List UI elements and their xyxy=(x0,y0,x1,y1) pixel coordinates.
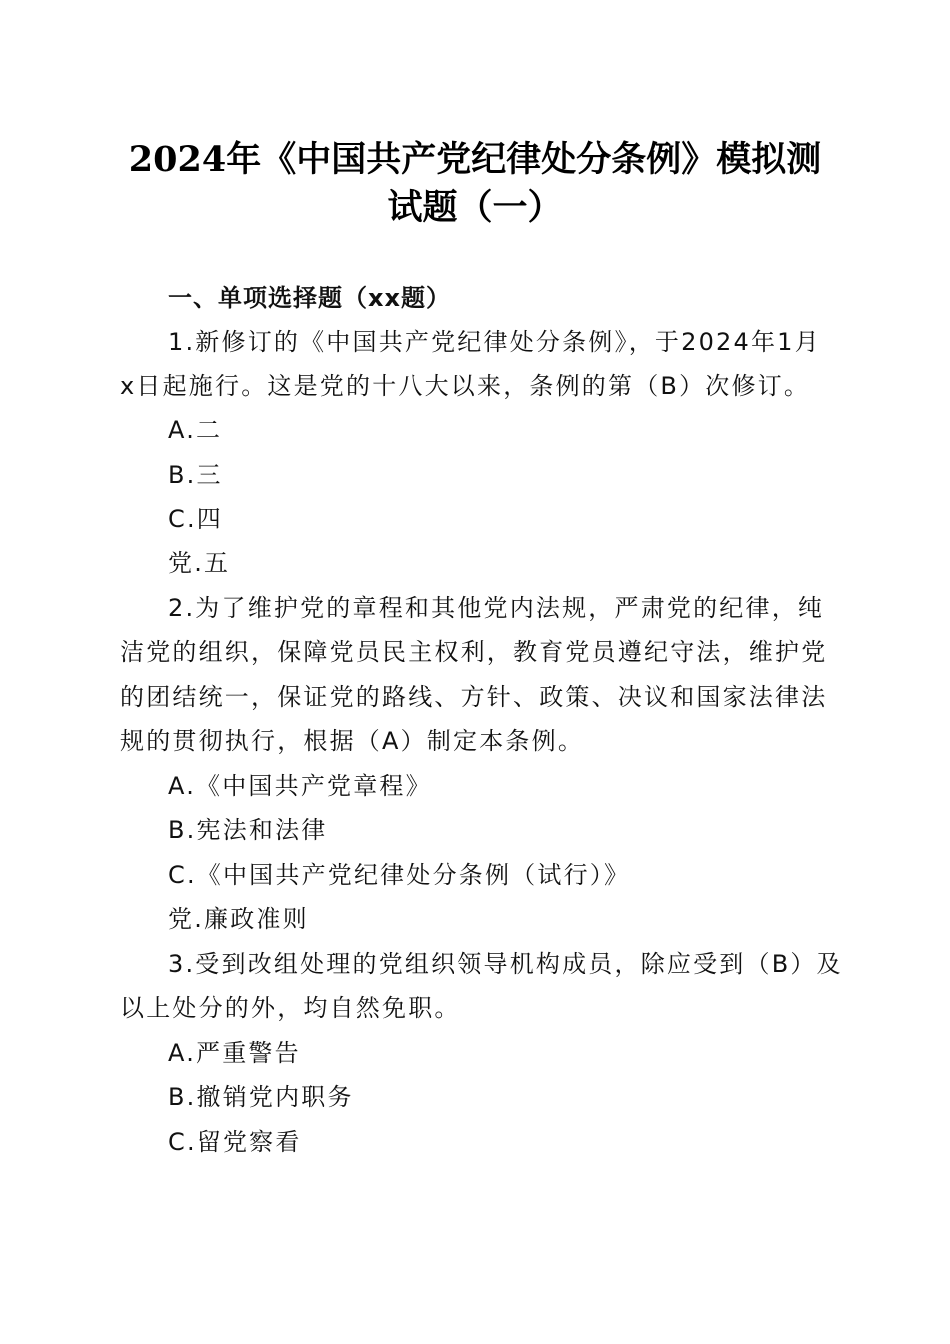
question-3-line-2: 以上处分的外，均自然免职。 xyxy=(120,992,461,1024)
question-2-line-4: 规的贯彻执行，根据（A）制定本条例。 xyxy=(120,725,584,757)
question-2-line-1: 2.为了维护党的章程和其他党内法规，严肃党的纪律，纯 xyxy=(168,592,824,624)
question-2-line-3: 的团结统一，保证党的路线、方针、政策、决议和国家法律法 xyxy=(120,681,827,713)
question-2-option-b: B.宪法和法律 xyxy=(168,814,328,846)
question-3-option-b: B.撤销党内职务 xyxy=(168,1081,354,1113)
question-1-option-a: A.二 xyxy=(168,414,222,446)
document-title-line-1: 2024年《中国共产党纪律处分条例》模拟测 xyxy=(100,134,850,186)
question-1-option-d: 党.五 xyxy=(168,547,230,579)
question-2-line-2: 洁党的组织，保障党员民主权利，教育党员遵纪守法，维护党 xyxy=(120,636,827,668)
question-1-option-c: C.四 xyxy=(168,503,223,535)
question-3-option-a: A.严重警告 xyxy=(168,1037,301,1069)
question-2-option-a: A.《中国共产党章程》 xyxy=(168,770,432,802)
section-heading: 一、单项选择题（xx题） xyxy=(168,282,451,314)
document-page: 2024年《中国共产党纪律处分条例》模拟测 试题（一） 一、单项选择题（xx题）… xyxy=(0,0,950,1344)
document-title-line-2: 试题（一） xyxy=(100,182,850,234)
question-2-option-d: 党.廉政准则 xyxy=(168,903,309,935)
question-1-line-2: x日起施行。这是党的十八大以来，条例的第（B）次修订。 xyxy=(120,370,810,402)
question-3-option-c: C.留党察看 xyxy=(168,1126,302,1158)
question-1-option-b: B.三 xyxy=(168,459,223,491)
question-3-line-1: 3.受到改组处理的党组织领导机构成员，除应受到（B）及 xyxy=(168,948,843,980)
question-2-option-c: C.《中国共产党纪律处分条例（试行）》 xyxy=(168,859,630,891)
question-1-line-1: 1.新修订的《中国共产党纪律处分条例》，于2024年1月 xyxy=(168,326,821,358)
